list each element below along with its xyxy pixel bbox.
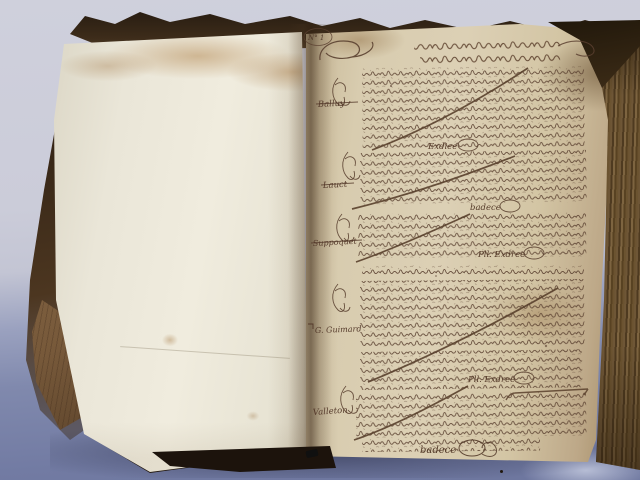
page-number-annotation: N° 1 (304, 29, 332, 46)
photo-open-manuscript: N° 1 Balluy Exdiee Lauct badece (0, 0, 640, 480)
interline-note (362, 265, 584, 275)
handwriting-layer: N° 1 Balluy Exdiee Lauct badece (296, 16, 626, 468)
entry-4-text-block (360, 279, 585, 347)
margin-name-3: Suppoquet (311, 237, 362, 248)
heading-line-1 (414, 35, 560, 51)
svg-text:Lauct: Lauct (322, 180, 348, 191)
margin-name-2: Lauct (321, 180, 354, 191)
table-speck (500, 470, 503, 473)
svg-text:badece: badece (470, 203, 501, 213)
margin-flourish (343, 152, 360, 180)
margin-name-4: G. Guimard (308, 324, 362, 335)
entry-2-text-block (360, 150, 587, 205)
left-page-stains (48, 28, 316, 476)
margin-flourish (333, 284, 350, 312)
ink-speck (545, 345, 547, 347)
page-number-text: N° 1 (307, 34, 324, 42)
margin-bracket (308, 324, 313, 329)
entry-1-text-block (362, 66, 585, 148)
ink-speck (390, 85, 392, 87)
svg-text:Valleton: Valleton (313, 406, 349, 418)
svg-text:badece: badece (420, 445, 456, 456)
ink-speck (435, 275, 437, 277)
entry-6-text-block (356, 392, 586, 438)
margin-name-5: Valleton (313, 406, 349, 418)
margin-name-1: Balluy (316, 99, 358, 110)
entry-3-text-block (358, 212, 586, 258)
svg-text:Exdiee: Exdiee (427, 142, 457, 152)
heading-line-2 (420, 51, 560, 65)
svg-text:Balluy: Balluy (317, 99, 346, 110)
svg-text:Pll. Exdree: Pll. Exdree (467, 375, 515, 385)
svg-text:G. Guimard: G. Guimard (315, 324, 362, 335)
svg-text:Pll. Exdree: Pll. Exdree (477, 250, 525, 260)
